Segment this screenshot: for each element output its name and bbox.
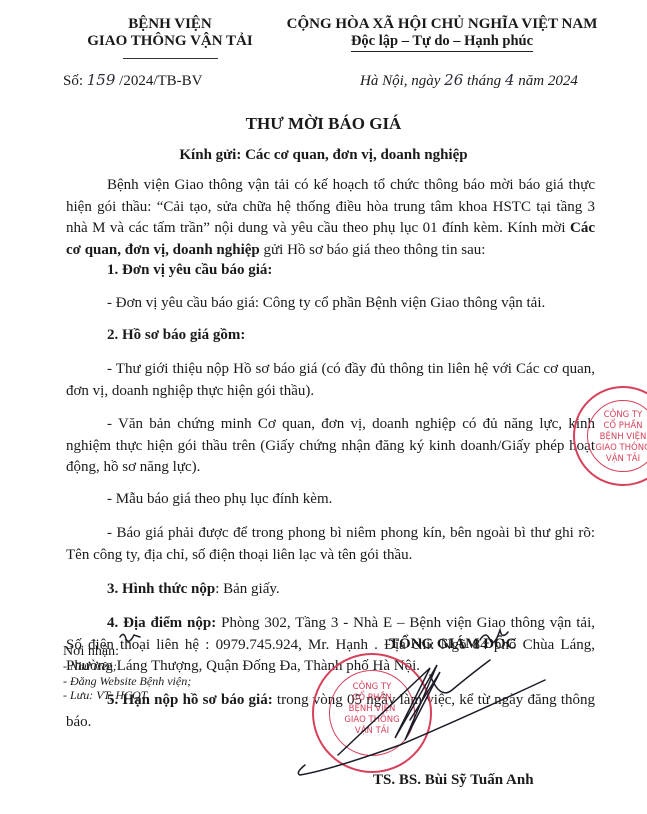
signatory-name: TS. BS. Bùi Sỹ Tuấn Anh: [373, 772, 534, 789]
signature-scribble-icon: [0, 0, 647, 814]
